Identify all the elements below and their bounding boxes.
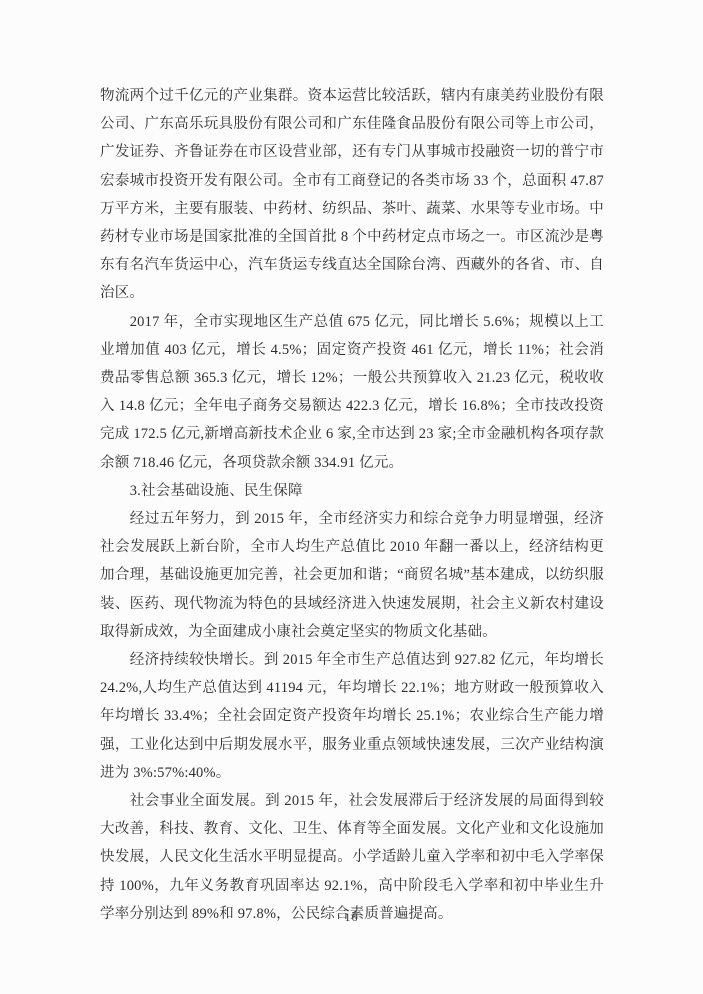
continued-paragraph: 物流两个过千亿元的产业集群。资本运营比较活跃，辖内有康美药业股份有限公司、广东高… [100, 82, 604, 308]
section-heading: 3.社会基础设施、民生保障 [100, 477, 604, 505]
page-number: 16 [0, 910, 703, 925]
paragraph-overview-2015: 经过五年努力，到 2015 年，全市经济实力和综合竞争力明显增强，经济社会发展跃… [100, 505, 604, 646]
paragraph-economic-growth: 经济持续较快增长。到 2015 年全市生产总值达到 927.82 亿元，年均增长… [100, 646, 604, 787]
paragraph-economy-2017: 2017 年，全市实现地区生产总值 675 亿元，同比增长 5.6%；规模以上工… [100, 308, 604, 477]
document-page: 物流两个过千亿元的产业集群。资本运营比较活跃，辖内有康美药业股份有限公司、广东高… [0, 0, 703, 994]
document-body: 物流两个过千亿元的产业集群。资本运营比较活跃，辖内有康美药业股份有限公司、广东高… [100, 82, 604, 928]
paragraph-social-development: 社会事业全面发展。到 2015 年，社会发展滞后于经济发展的局面得到较大改善，科… [100, 787, 604, 928]
